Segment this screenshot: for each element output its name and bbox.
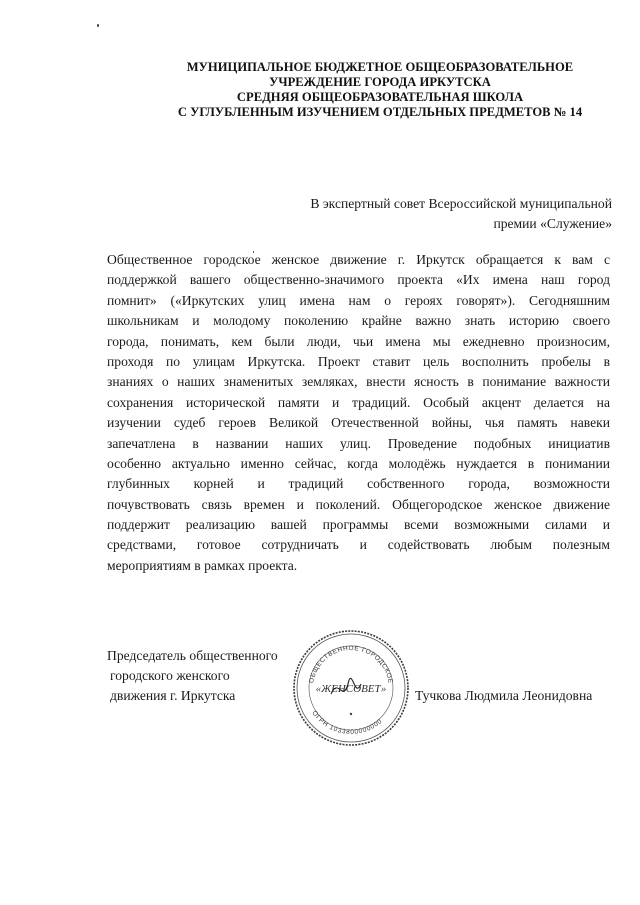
body-line: поддержит реализацию вашей программы все… <box>107 515 610 535</box>
body-line: помнит» («Иркутских улиц имена нам о гер… <box>107 291 610 311</box>
svg-text:ОГРН 1033800000000: ОГРН 1033800000000 <box>310 710 383 736</box>
scan-speck <box>97 24 99 27</box>
signatory-title-line: городского женского <box>107 666 278 686</box>
body-line: школьникам и молодому поколению крайне в… <box>107 311 610 331</box>
body-line: особенно актуально именно сейчас, когда … <box>107 454 610 474</box>
body-line: глубинных корней и традиций собственного… <box>107 474 610 494</box>
stamp-seal-icon: ОБЩЕСТВЕННОЕ ГОРОДСКОЕ ЖЕНСКОЕ ДВИЖЕНИЕ … <box>291 628 411 748</box>
body-line: сохранения исторической памяти и традици… <box>107 393 610 413</box>
signatory-title-line: Председатель общественного <box>107 646 278 666</box>
body-line: проходя по улицам Иркутска. Проект стави… <box>107 352 610 372</box>
letterhead-line: МУНИЦИПАЛЬНОЕ БЮДЖЕТНОЕ ОБЩЕОБРАЗОВАТЕЛЬ… <box>160 60 600 75</box>
signatory-title: Председатель общественного городского же… <box>107 646 278 706</box>
official-stamp: ОБЩЕСТВЕННОЕ ГОРОДСКОЕ ЖЕНСКОЕ ДВИЖЕНИЕ … <box>291 628 411 748</box>
letter-body: Общественное городское женское движение … <box>107 250 610 576</box>
body-line: изучении судеб героев Великой Отечествен… <box>107 413 610 433</box>
body-line: города, понимать, кем были люди, чьи име… <box>107 332 610 352</box>
body-line: поддержкой вашего общественно-значимого … <box>107 270 610 290</box>
svg-text:«ЖЕНСОВЕТ»: «ЖЕНСОВЕТ» <box>316 683 387 695</box>
body-line: почувствовать связь времен и поколений. … <box>107 495 610 515</box>
letterhead-line: С УГЛУБЛЕННЫМ ИЗУЧЕНИЕМ ОТДЕЛЬНЫХ ПРЕДМЕ… <box>160 105 600 120</box>
body-line: Общественное городское женское движение … <box>107 250 610 270</box>
addressee-line: премии «Служение» <box>310 214 612 234</box>
signatory-title-line: движения г. Иркутска <box>107 686 278 706</box>
addressee: В экспертный совет Всероссийской муницип… <box>310 194 612 234</box>
letterhead-line: СРЕДНЯЯ ОБЩЕОБРАЗОВАТЕЛЬНАЯ ШКОЛА <box>160 90 600 105</box>
letterhead-line: УЧРЕЖДЕНИЕ ГОРОДА ИРКУТСКА <box>160 75 600 90</box>
body-line: мероприятиям в рамках проекта. <box>107 556 610 576</box>
body-line: средствами, готовое сотрудничать и содей… <box>107 535 610 555</box>
signer-name: Тучкова Людмила Леонидовна <box>415 686 592 706</box>
body-line: запечатлена в названии наших улиц. Прове… <box>107 434 610 454</box>
addressee-line: В экспертный совет Всероссийской муницип… <box>310 194 612 214</box>
letterhead: МУНИЦИПАЛЬНОЕ БЮДЖЕТНОЕ ОБЩЕОБРАЗОВАТЕЛЬ… <box>160 60 600 120</box>
body-line: знаниях о наших знаменитых земляках, вне… <box>107 372 610 392</box>
